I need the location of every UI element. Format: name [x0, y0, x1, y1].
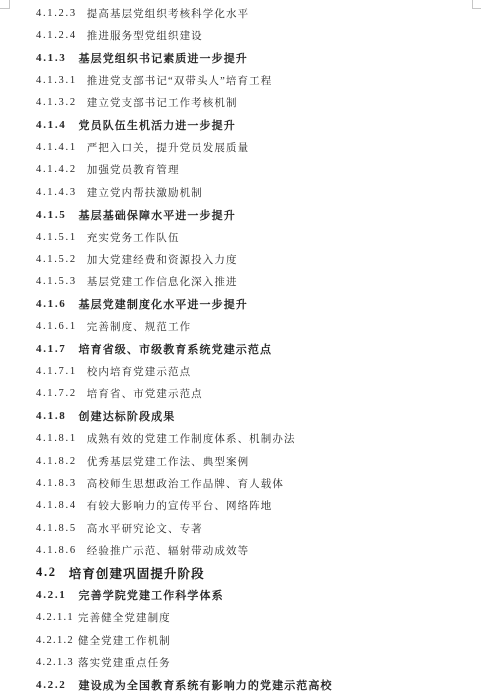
outline-item-number: 4.2.1 [36, 589, 67, 601]
outline-item-number: 4.1.5.2 [36, 254, 77, 265]
outline-item: 4.1.3基层党组织书记素质进一步提升 [36, 47, 475, 69]
outline-item-number: 4.1.8.3 [36, 478, 77, 489]
outline-item-text: 加大党建经费和资源投入力度 [87, 252, 238, 267]
outline-item-number: 4.1.4.1 [36, 142, 77, 153]
outline-item: 4.1.4.3建立党内帮扶激励机制 [36, 181, 475, 203]
outline-item-text: 基层党建工作信息化深入推进 [87, 274, 238, 289]
outline-item: 4.1.4党员队伍生机活力进一步提升 [36, 114, 475, 136]
outline-item: 4.1.3.2建立党支部书记工作考核机制 [36, 92, 475, 114]
outline-item: 4.1.7.1校内培育党建示范点 [36, 360, 475, 382]
outline-item-number: 4.1.8 [36, 410, 67, 422]
outline-item-text: 创建达标阶段成果 [79, 408, 176, 424]
outline-item-text: 推进服务型党组织建设 [87, 28, 203, 43]
outline-item: 4.1.2.4推进服务型党组织建设 [36, 24, 475, 46]
outline-item: 4.1.6.1完善制度、规范工作 [36, 315, 475, 337]
outline-item-text: 提高基层党组织考核科学化水平 [87, 6, 249, 21]
outline-item-number: 4.1.6 [36, 298, 67, 310]
outline-item-number: 4.1.8.1 [36, 433, 77, 444]
outline-item-text: 建设成为全国教育系统有影响力的党建示范高校 [79, 677, 333, 693]
outline-item-text: 党员队伍生机活力进一步提升 [79, 117, 236, 133]
outline-item: 4.1.4.2加强党员教育管理 [36, 159, 475, 181]
outline-item-number: 4.2.2 [36, 679, 67, 691]
outline-item-number: 4.1.7 [36, 343, 67, 355]
outline-item-text: 建立党内帮扶激励机制 [87, 185, 203, 200]
outline-item-number: 4.1.4.2 [36, 164, 77, 175]
outline-item-number: 4.2.1.2 [36, 635, 74, 646]
outline-item-text: 高水平研究论文、专著 [87, 521, 203, 536]
outline-item-number: 4.2 [36, 565, 57, 580]
outline-item-text: 基层基础保障水平进一步提升 [79, 207, 236, 223]
outline-item: 4.1.5.1充实党务工作队伍 [36, 226, 475, 248]
outline-item-text: 加强党员教育管理 [87, 162, 180, 177]
outline-item: 4.2.1.1完善健全党建制度 [36, 607, 475, 629]
outline-item: 4.1.8.5高水平研究论文、专著 [36, 517, 475, 539]
outline-item-text: 推进党支部书记“双带头人”培育工程 [87, 73, 273, 88]
outline-item-text: 优秀基层党建工作法、典型案例 [87, 454, 249, 469]
outline-item-number: 4.1.8.4 [36, 500, 77, 511]
outline-item-number: 4.1.6.1 [36, 321, 77, 332]
outline-item: 4.1.8.3高校师生思想政治工作品牌、育人载体 [36, 472, 475, 494]
outline-item: 4.1.4.1严把入口关，提升党员发展质量 [36, 136, 475, 158]
document-page: 4.1.2.3提高基层党组织考核科学化水平4.1.2.4推进服务型党组织建设4.… [0, 0, 481, 700]
outline-item: 4.2.2建设成为全国教育系统有影响力的党建示范高校 [36, 674, 475, 696]
outline-item-text: 建立党支部书记工作考核机制 [87, 95, 238, 110]
outline-item-text: 培育创建巩固提升阶段 [69, 564, 205, 582]
outline-item: 4.1.8.2优秀基层党建工作法、典型案例 [36, 450, 475, 472]
outline-item-text: 健全党建工作机制 [78, 633, 171, 648]
outline-item-text: 校内培育党建示范点 [87, 364, 191, 379]
outline-item: 4.2.1完善学院党建工作科学体系 [36, 584, 475, 606]
outline-item-text: 严把入口关，提升党员发展质量 [87, 140, 249, 155]
outline-item-number: 4.1.5.1 [36, 232, 77, 243]
outline-item-text: 成熟有效的党建工作制度体系、机制办法 [87, 431, 296, 446]
outline-item-number: 4.1.4.3 [36, 187, 77, 198]
outline-item: 4.2培育创建巩固提升阶段 [36, 562, 475, 584]
outline-item-number: 4.1.8.6 [36, 545, 77, 556]
outline-item: 4.1.3.1推进党支部书记“双带头人”培育工程 [36, 69, 475, 91]
outline-item-text: 有较大影响力的宣传平台、网络阵地 [87, 498, 273, 513]
outline-item-text: 完善学院党建工作科学体系 [79, 587, 224, 603]
outline-item-number: 4.2.1.3 [36, 657, 74, 668]
outline-item-number: 4.2.1.1 [36, 612, 74, 623]
outline-item-number: 4.1.7.1 [36, 366, 77, 377]
outline-item: 4.1.7培育省级、市级教育系统党建示范点 [36, 338, 475, 360]
outline-item-number: 4.1.8.5 [36, 523, 77, 534]
outline-item-text: 充实党务工作队伍 [87, 230, 180, 245]
outline-item-number: 4.1.4 [36, 119, 67, 131]
outline-item: 4.1.5基层基础保障水平进一步提升 [36, 204, 475, 226]
outline-item: 4.1.7.2培育省、市党建示范点 [36, 383, 475, 405]
outline-item: 4.2.1.2健全党建工作机制 [36, 629, 475, 651]
outline-item-text: 基层党组织书记素质进一步提升 [79, 50, 248, 66]
outline-item-text: 培育省、市党建示范点 [87, 386, 203, 401]
outline-item-number: 4.1.5 [36, 209, 67, 221]
outline-item: 4.1.5.2加大党建经费和资源投入力度 [36, 248, 475, 270]
outline-item-number: 4.1.3.1 [36, 75, 77, 86]
outline-item-number: 4.1.3.2 [36, 97, 77, 108]
outline-item-text: 完善制度、规范工作 [87, 319, 191, 334]
outline-item: 4.1.6基层党建制度化水平进一步提升 [36, 293, 475, 315]
outline-item-text: 基层党建制度化水平进一步提升 [79, 296, 248, 312]
outline-item-text: 经验推广示范、辐射带动成效等 [87, 543, 249, 558]
outline-item: 4.1.2.3提高基层党组织考核科学化水平 [36, 2, 475, 24]
outline-item: 4.2.1.3落实党建重点任务 [36, 651, 475, 673]
outline-item-text: 培育省级、市级教育系统党建示范点 [79, 341, 273, 357]
outline-item-number: 4.1.8.2 [36, 456, 77, 467]
outline-item-number: 4.1.7.2 [36, 388, 77, 399]
outline-item-number: 4.1.2.3 [36, 8, 77, 19]
outline-item: 4.1.5.3基层党建工作信息化深入推进 [36, 271, 475, 293]
outline-item-number: 4.1.3 [36, 52, 67, 64]
outline-item-number: 4.1.5.3 [36, 276, 77, 287]
text-boundary-corner-left [0, 0, 10, 9]
outline-item: 4.1.8.6经验推广示范、辐射带动成效等 [36, 539, 475, 561]
outline-item-number: 4.1.2.4 [36, 30, 77, 41]
outline-item-text: 高校师生思想政治工作品牌、育人载体 [87, 476, 284, 491]
outline-item-text: 完善健全党建制度 [78, 610, 171, 625]
outline-item: 4.1.8创建达标阶段成果 [36, 405, 475, 427]
outline-item: 4.1.8.1成熟有效的党建工作制度体系、机制办法 [36, 427, 475, 449]
outline-list: 4.1.2.3提高基层党组织考核科学化水平4.1.2.4推进服务型党组织建设4.… [36, 2, 475, 696]
outline-item: 4.1.8.4有较大影响力的宣传平台、网络阵地 [36, 495, 475, 517]
outline-item-text: 落实党建重点任务 [78, 655, 171, 670]
